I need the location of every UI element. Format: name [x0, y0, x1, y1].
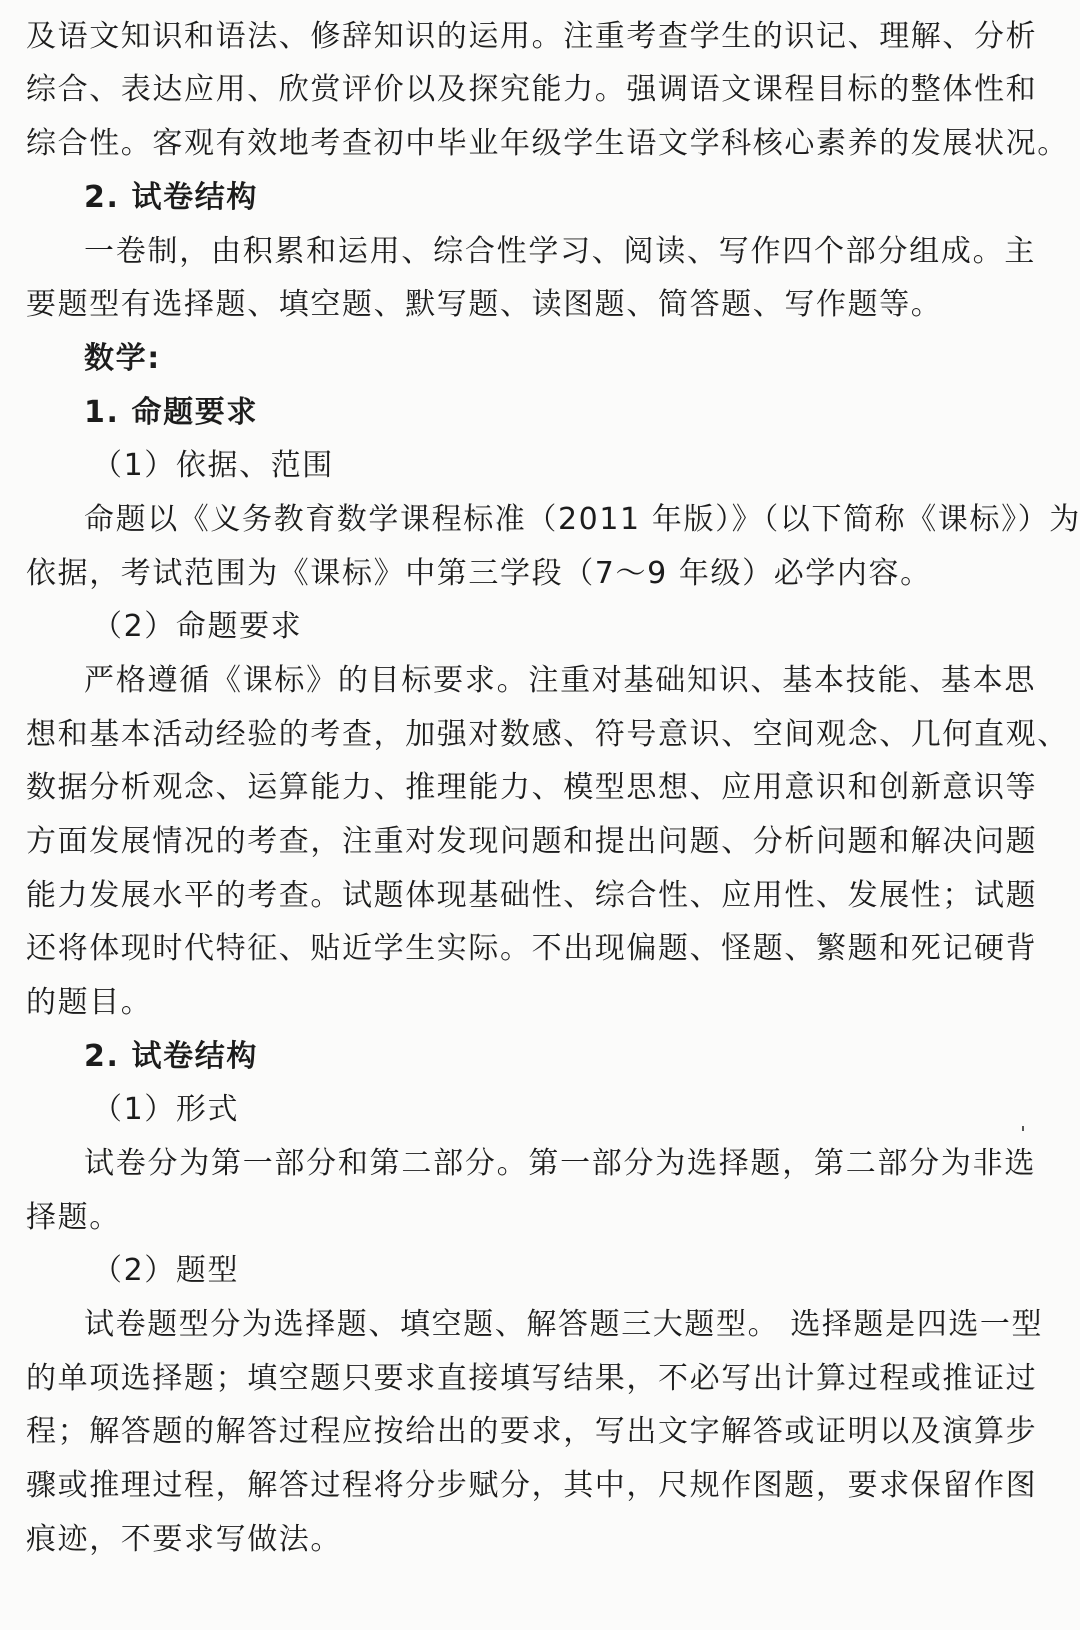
- subsection-heading: （2）命题要求: [92, 607, 302, 647]
- paragraph-line: 依据，考试范围为《课标》中第三学段（7～9 年级）必学内容。: [26, 554, 932, 594]
- subsection-heading: （1）依据、范围: [92, 446, 334, 486]
- paragraph-line: 想和基本活动经验的考查，加强对数感、符号意识、空间观念、几何直观、: [26, 715, 1036, 755]
- paragraph-line: 数据分析观念、运算能力、推理能力、模型思想、应用意识和创新意识等: [26, 768, 1036, 808]
- paragraph-line: 程；解答题的解答过程应按给出的要求，写出文字解答或证明以及演算步: [26, 1412, 1036, 1452]
- paragraph-line: 及语文知识和语法、修辞知识的运用。注重考查学生的识记、理解、分析: [26, 17, 1036, 57]
- paragraph-line: 择题。: [26, 1198, 121, 1238]
- subject-heading: 数学:: [84, 339, 161, 379]
- paragraph-line: 一卷制，由积累和运用、综合性学习、阅读、写作四个部分组成。主: [84, 232, 1036, 272]
- scan-speck: [1022, 1126, 1024, 1131]
- paragraph-line: 命题以《义务教育数学课程标准（2011 年版）》（以下简称《课标》）为: [84, 500, 1036, 540]
- section-heading: 2. 试卷结构: [84, 1037, 258, 1077]
- subsection-heading: （1）形式: [92, 1090, 239, 1130]
- section-heading: 2. 试卷结构: [84, 178, 258, 218]
- paragraph-line: 方面发展情况的考查，注重对发现问题和提出问题、分析问题和解决问题: [26, 822, 1036, 862]
- paragraph-line: 要题型有选择题、填空题、默写题、读图题、简答题、写作题等。: [26, 285, 942, 325]
- paragraph-line: 的题目。: [26, 983, 152, 1023]
- paragraph-line: 痕迹，不要求写做法。: [26, 1520, 342, 1560]
- scanned-document-page: 及语文知识和语法、修辞知识的运用。注重考查学生的识记、理解、分析 综合、表达应用…: [0, 0, 1080, 1630]
- paragraph-line: 能力发展水平的考查。试题体现基础性、综合性、应用性、发展性；试题: [26, 876, 1036, 916]
- subsection-heading: （2）题型: [92, 1251, 239, 1291]
- paragraph-line: 还将体现时代特征、贴近学生实际。不出现偏题、怪题、繁题和死记硬背: [26, 929, 1036, 969]
- paragraph-line: 综合性。客观有效地考查初中毕业年级学生语文学科核心素养的发展状况。: [26, 124, 1036, 164]
- paragraph-line: 严格遵循《课标》的目标要求。注重对基础知识、基本技能、基本思: [84, 661, 1036, 701]
- paragraph-line: 的单项选择题；填空题只要求直接填写结果，不必写出计算过程或推证过: [26, 1359, 1036, 1399]
- section-heading: 1. 命题要求: [84, 393, 258, 433]
- paragraph-line: 试卷题型分为选择题、填空题、解答题三大题型。 选择题是四选一型: [84, 1305, 1036, 1345]
- paragraph-line: 骤或推理过程，解答过程将分步赋分，其中，尺规作图题，要求保留作图: [26, 1466, 1036, 1506]
- paragraph-line: 试卷分为第一部分和第二部分。第一部分为选择题，第二部分为非选: [84, 1144, 1036, 1184]
- paragraph-line: 综合、表达应用、欣赏评价以及探究能力。强调语文课程目标的整体性和: [26, 70, 1036, 110]
